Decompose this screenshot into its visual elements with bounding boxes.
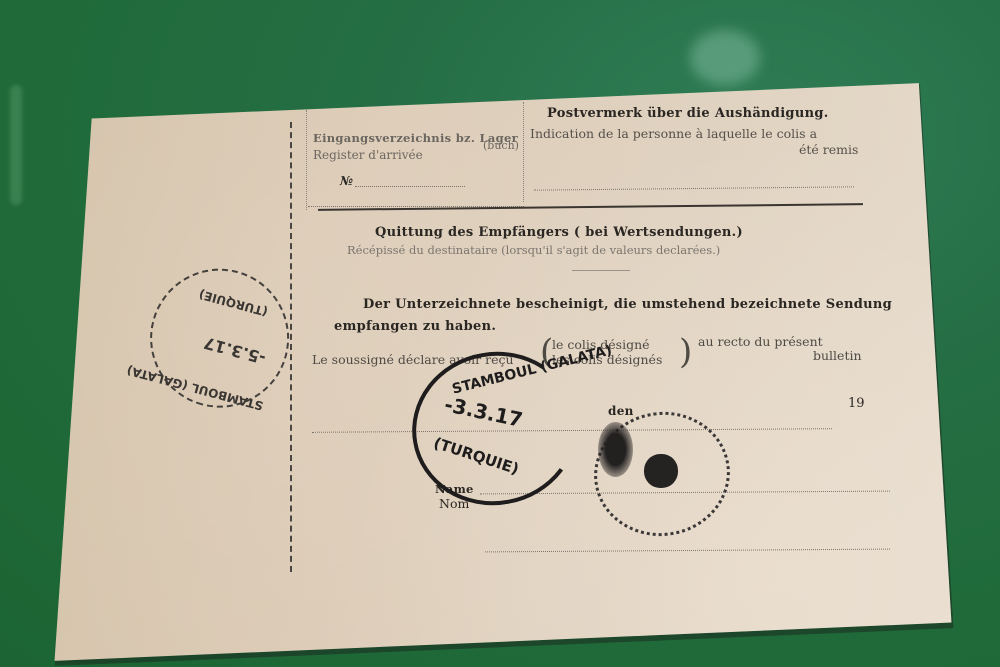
surface-glare: [690, 30, 760, 85]
delivery-note-field[interactable]: [534, 186, 854, 190]
signature-field[interactable]: [485, 549, 890, 553]
parcel-card: Eingangsverzeichnis bz. Lager (buch) Reg…: [50, 82, 956, 662]
ink-smudge: [598, 422, 633, 477]
register-number-label: №: [340, 174, 353, 188]
section-divider: [318, 203, 863, 211]
receipt-statement-de-line1: Der Unterzeichnete bescheinigt, die umst…: [363, 297, 892, 312]
year-prefix: 19: [848, 396, 865, 411]
receipt-fr-suffix-line1: au recto du présent: [698, 334, 823, 349]
register-box-right-border: [523, 102, 524, 202]
delivery-note-title: Postvermerk über die Aushändigung.: [547, 106, 829, 121]
register-number-field[interactable]: [355, 186, 465, 187]
column-separator: [290, 122, 292, 572]
receipt-fr-suffix-line2: bulletin: [813, 348, 862, 363]
ink-blot: [644, 454, 678, 488]
bracket-close: ): [679, 332, 692, 372]
postmark-stamboul-inverted: STAMBOUL (GALATA) -5.3.17 (TURQUIE): [129, 246, 307, 424]
delivery-note-fr-line1: Indication de la personne à laquelle le …: [530, 126, 817, 141]
register-box-left-border: [306, 110, 307, 210]
receipt-statement-de-line2: empfangen zu haben.: [334, 319, 496, 334]
short-divider: [572, 270, 630, 271]
date-label: den: [608, 404, 634, 418]
register-label-fr: Register d'arrivée: [313, 148, 423, 162]
delivery-note-fr-line2: été remis: [799, 142, 858, 157]
receipt-title-fr: Récépissé du destinataire (lorsqu'il s'a…: [347, 243, 720, 257]
receipt-title-de: Quittung des Empfängers ( bei Wertsendun…: [375, 225, 743, 240]
register-label-de-suffix: (buch): [483, 139, 519, 152]
surface-glare: [10, 85, 22, 205]
